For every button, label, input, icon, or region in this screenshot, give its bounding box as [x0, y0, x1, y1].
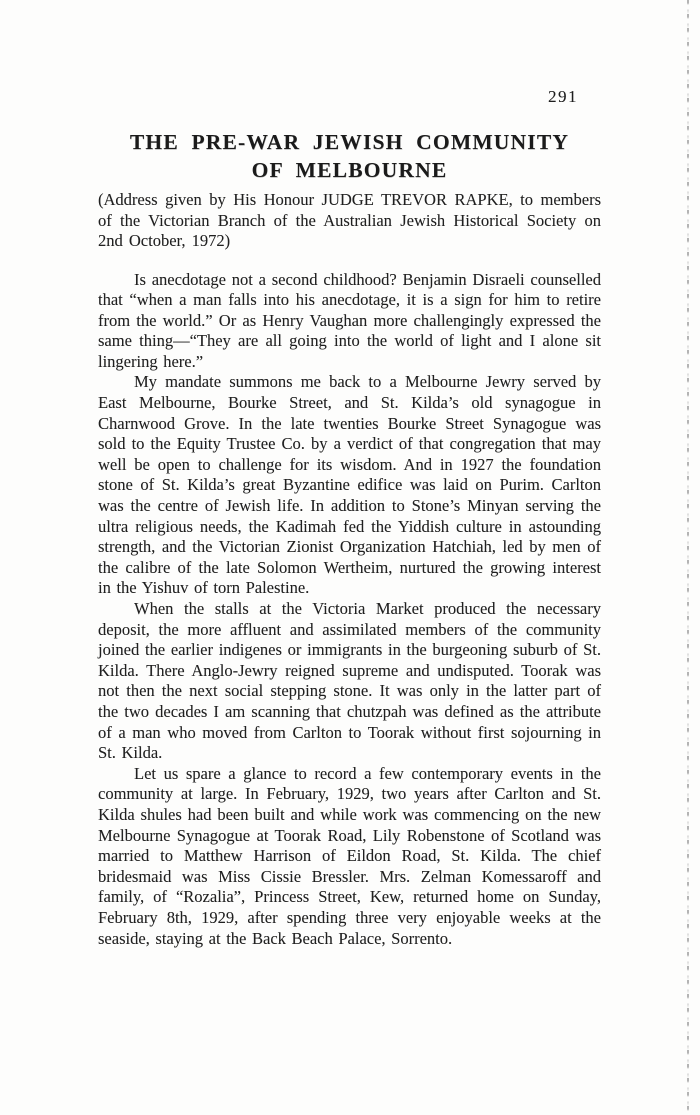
article-title-line-2: OF MELBOURNE [252, 158, 448, 182]
article-title: THE PRE-WAR JEWISH COMMUNITY OF MELBOURN… [98, 128, 601, 184]
paragraph: Is anecdotage not a second childhood? Be… [98, 270, 601, 373]
address-attribution: (Address given by His Honour JUDGE TREVO… [98, 190, 601, 252]
page-content: THE PRE-WAR JEWISH COMMUNITY OF MELBOURN… [98, 0, 601, 949]
paragraph: Let us spare a glance to record a few co… [98, 764, 601, 949]
scan-edge-artifact [687, 0, 689, 1115]
article-body: Is anecdotage not a second childhood? Be… [98, 270, 601, 950]
scanned-document-page: 291 THE PRE-WAR JEWISH COMMUNITY OF MELB… [0, 0, 700, 1115]
paragraph: My mandate summons me back to a Melbourn… [98, 372, 601, 599]
paragraph: When the stalls at the Victoria Market p… [98, 599, 601, 764]
article-title-line-1: THE PRE-WAR JEWISH COMMUNITY [130, 130, 569, 154]
